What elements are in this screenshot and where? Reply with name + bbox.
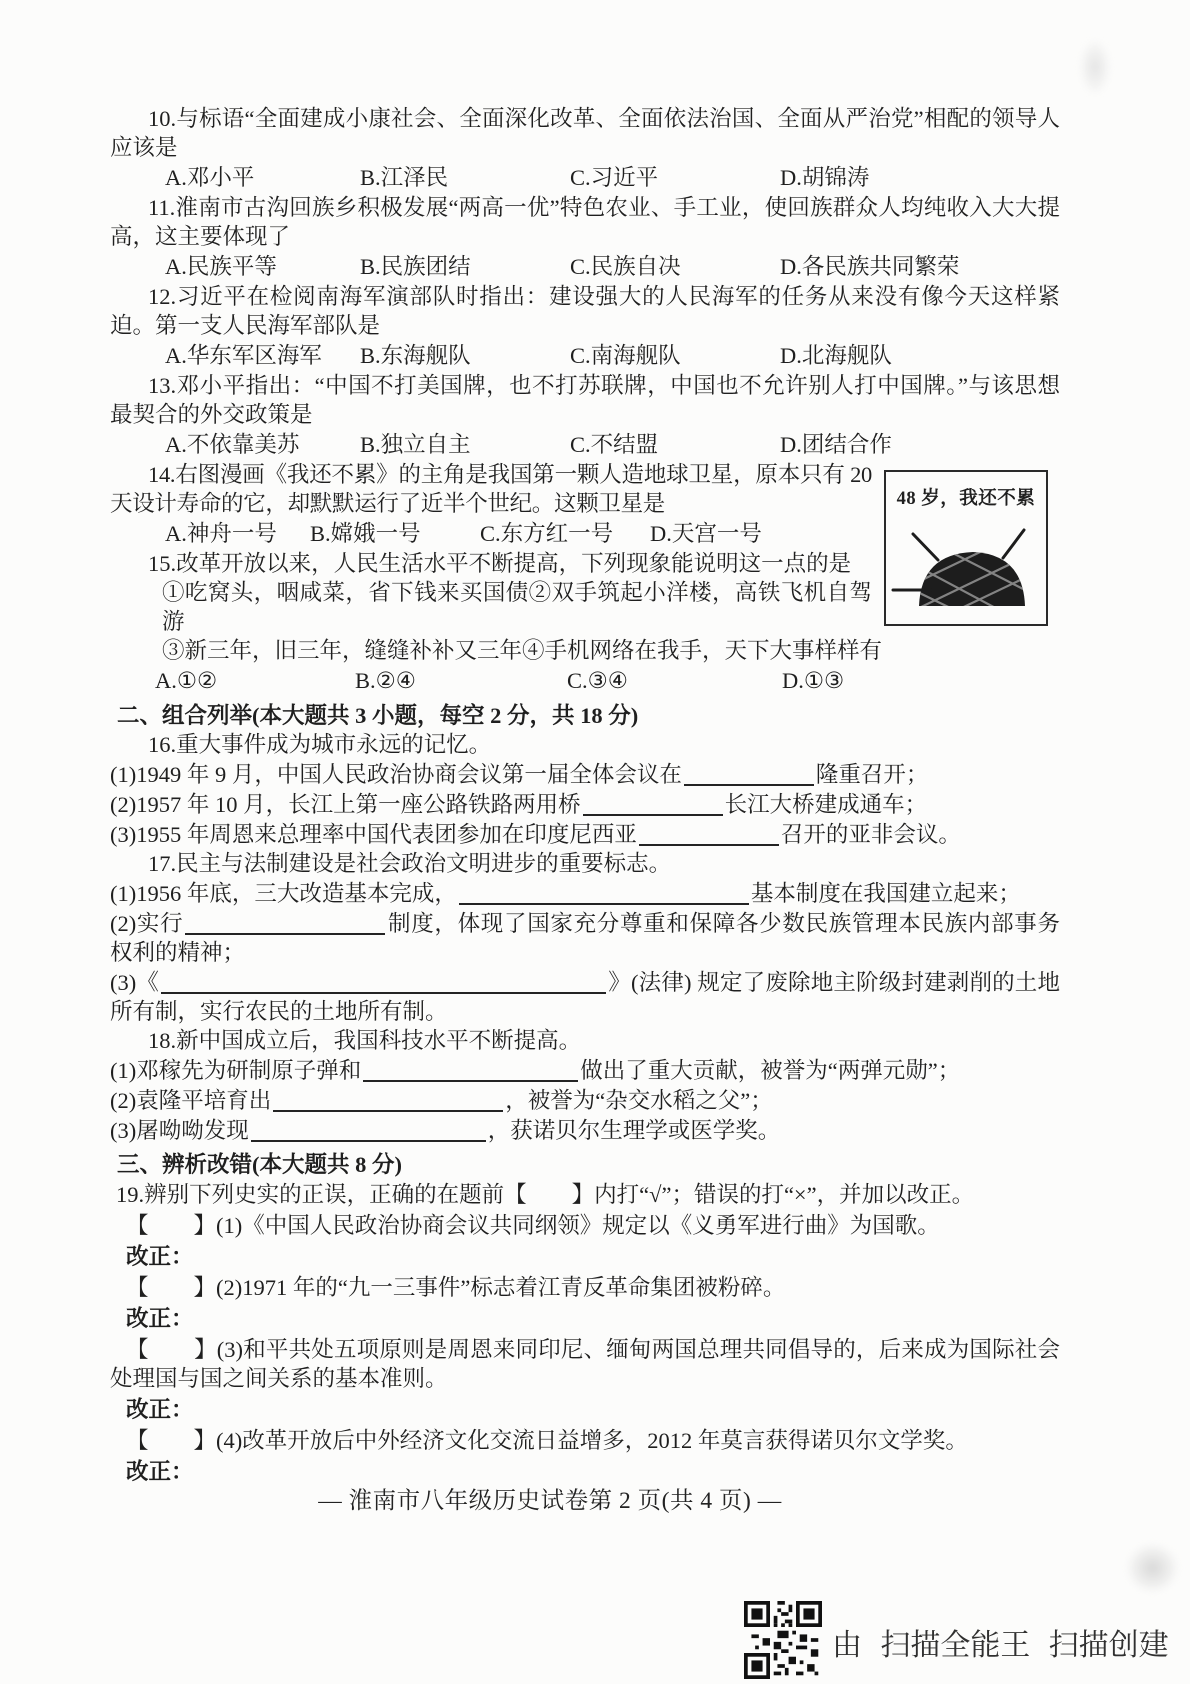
answer-blank (639, 822, 779, 847)
question-19-intro: 19.辨别下列史实的正误，正确的在题前【 】内打“√”；错误的打“×”，并加以改… (110, 1180, 1060, 1209)
question-13-stem: 13.邓小平指出：“中国不打美国牌，也不打苏联牌，中国也不允许别人打中国牌。”与… (110, 371, 1060, 429)
fill-pre: (1)1956 年底，三大改造基本完成， (110, 881, 457, 906)
fill-post: 隆重召开； (816, 762, 929, 787)
page-footer: — 淮南市八年级历史试卷第 2 页(共 4 页) — (110, 1481, 990, 1515)
answer-blank (273, 1088, 503, 1113)
option-c: C.南海舰队 (570, 341, 780, 370)
option-a: A.神舟一号 (165, 519, 310, 548)
question-14-15-block: 48 岁，我还不累 (110, 460, 1060, 696)
fill-post: 召开的亚非会议。 (781, 822, 961, 847)
option-c: C.民族自决 (570, 252, 780, 281)
option-c: C.习近平 (570, 163, 780, 192)
answer-blank (185, 911, 385, 936)
question-13-options: A.不依靠美苏B.独立自主C.不结盟D.团结合作 (110, 430, 1060, 459)
question-18-stem: 18.新中国成立后，我国科技水平不断提高。 (110, 1026, 1060, 1055)
question-15-options: A.①②B.②④C.③④D.①③ (110, 666, 1060, 695)
exam-paper-page: 10.与标语“全面建成小康社会、全面深化改革、全面依法治国、全面从严治党”相配的… (0, 0, 1190, 1684)
fill-pre: (2)袁隆平培育出 (110, 1088, 271, 1113)
correction-label: 改正： (110, 1242, 1060, 1271)
qr-code (744, 1598, 822, 1682)
correction-label: 改正： (110, 1304, 1060, 1333)
question-19-item-1: 【 】(1)《中国人民政治协商会议共同纲领》规定以《义勇军进行曲》为国歌。 (110, 1211, 1060, 1240)
exam-content: 10.与标语“全面建成小康社会、全面深化改革、全面依法治国、全面从严治党”相配的… (110, 104, 1060, 1486)
option-b: B.江泽民 (360, 163, 570, 192)
fill-post: 基本制度在我国建立起来； (751, 881, 1021, 906)
fill-pre: (2)实行 (110, 911, 183, 936)
correction-label: 改正： (110, 1395, 1060, 1424)
option-b: B.民族团结 (360, 252, 570, 281)
question-19-item-3: 【 】(3)和平共处五项原则是周恩来同印尼、缅甸两国总理共同倡导的，后来成为国际… (110, 1335, 1060, 1393)
question-18-item-1: (1)邓稼先为研制原子弹和做出了重大贡献，被誉为“两弹元勋”； (110, 1056, 1060, 1085)
answer-blank (161, 970, 606, 995)
question-15-line-2: ③新三年，旧三年，缝缝补补又三年④手机网络在我手，天下大事样样有 (110, 636, 1060, 665)
answer-blank (583, 792, 723, 817)
fill-pre: (1)邓稼先为研制原子弹和 (110, 1058, 361, 1083)
question-11-stem: 11.淮南市古沟回族乡积极发展“两高一优”特色农业、手工业，使回族群众人均纯收入… (110, 193, 1060, 251)
question-16-item-2: (2)1957 年 10 月，长江上第一座公路铁路两用桥长江大桥建成通车； (110, 790, 1060, 819)
question-19-item-4: 【 】(4)改革开放后中外经济文化交流日益增多，2012 年莫言获得诺贝尔文学奖… (110, 1426, 1060, 1455)
question-19-item-2: 【 】(2)1971 年的“九一三事件”标志着江青反革命集团被粉碎。 (110, 1273, 1060, 1302)
cartoon-caption: 48 岁，我还不累 (886, 488, 1046, 510)
option-d: D.胡锦涛 (780, 163, 869, 192)
question-17-item-3: (3)《》(法律) 规定了废除地主阶级封建剥削的土地所有制，实行农民的土地所有制… (110, 968, 1060, 1026)
question-16-stem: 16.重大事件成为城市永远的记忆。 (110, 730, 1060, 759)
answer-blank (459, 881, 749, 906)
question-18-item-2: (2)袁隆平培育出，被誉为“杂交水稻之父”； (110, 1086, 1060, 1115)
answer-blank (684, 762, 814, 787)
option-c: C.东方红一号 (480, 519, 650, 548)
question-12-stem: 12.习近平在检阅南海军演部队时指出：建设强大的人民海军的任务从来没有像今天这样… (110, 282, 1060, 340)
option-d: D.各民族共同繁荣 (780, 252, 959, 281)
question-17-item-1: (1)1956 年底，三大改造基本完成，基本制度在我国建立起来； (110, 879, 1060, 908)
fill-pre: (3)1955 年周恩来总理率中国代表团参加在印度尼西亚 (110, 822, 637, 847)
question-17-stem: 17.民主与法制建设是社会政治文明进步的重要标志。 (110, 849, 1060, 878)
fill-post: 做出了重大贡献，被誉为“两弹元勋”； (580, 1058, 960, 1083)
section-3-heading: 三、辨析改错(本大题共 8 分) (110, 1150, 1060, 1179)
option-d: D.北海舰队 (780, 341, 892, 370)
question-11-options: A.民族平等B.民族团结C.民族自决D.各民族共同繁荣 (110, 252, 1060, 281)
option-a: A.华东军区海军 (165, 341, 360, 370)
option-c: C.③④ (567, 666, 782, 695)
option-a: A.①② (155, 666, 355, 695)
answer-blank (251, 1118, 486, 1143)
option-a: A.邓小平 (165, 163, 360, 192)
fill-pre: (2)1957 年 10 月，长江上第一座公路铁路两用桥 (110, 792, 581, 817)
option-c: C.不结盟 (570, 430, 780, 459)
option-a: A.民族平等 (165, 252, 360, 281)
question-18-item-3: (3)屠呦呦发现，获诺贝尔生理学或医学奖。 (110, 1116, 1060, 1145)
option-d: D.天宫一号 (650, 519, 762, 548)
option-b: B.独立自主 (360, 430, 570, 459)
option-b: B.东海舰队 (360, 341, 570, 370)
fill-post: ，被誉为“杂交水稻之父”； (505, 1088, 772, 1113)
question-12-options: A.华东军区海军B.东海舰队C.南海舰队D.北海舰队 (110, 341, 1060, 370)
option-b: B.嫦娥一号 (310, 519, 480, 548)
fill-pre: (1)1949 年 9 月，中国人民政治协商会议第一届全体会议在 (110, 762, 682, 787)
answer-blank (363, 1058, 578, 1083)
fill-post: ，获诺贝尔生理学或医学奖。 (488, 1118, 781, 1143)
fill-pre: (3)屠呦呦发现 (110, 1118, 249, 1143)
question-16-item-1: (1)1949 年 9 月，中国人民政治协商会议第一届全体会议在隆重召开； (110, 760, 1060, 789)
cartoon-figure: 48 岁，我还不累 (884, 470, 1048, 626)
question-10-stem: 10.与标语“全面建成小康社会、全面深化改革、全面依法治国、全面从严治党”相配的… (110, 104, 1060, 162)
question-17-item-2: (2)实行制度，体现了国家充分尊重和保障各少数民族管理本民族内部事务权利的精神； (110, 909, 1060, 967)
option-d: D.团结合作 (780, 430, 892, 459)
satellite-illustration (891, 520, 1041, 608)
option-d: D.①③ (782, 666, 844, 695)
option-a: A.不依靠美苏 (165, 430, 360, 459)
scan-artifact (1125, 1542, 1180, 1594)
scanner-credit: 由 扫描全能王 扫描创建 (832, 1620, 1169, 1664)
fill-post: 长江大桥建成通车； (725, 792, 928, 817)
fill-pre: (3)《 (110, 970, 159, 995)
option-b: B.②④ (355, 666, 567, 695)
section-2-heading: 二、组合列举(本大题共 3 小题，每空 2 分，共 18 分) (110, 701, 1060, 730)
question-16-item-3: (3)1955 年周恩来总理率中国代表团参加在印度尼西亚召开的亚非会议。 (110, 820, 1060, 849)
scan-artifact (1078, 38, 1112, 96)
question-10-options: A.邓小平B.江泽民C.习近平D.胡锦涛 (110, 163, 1060, 192)
